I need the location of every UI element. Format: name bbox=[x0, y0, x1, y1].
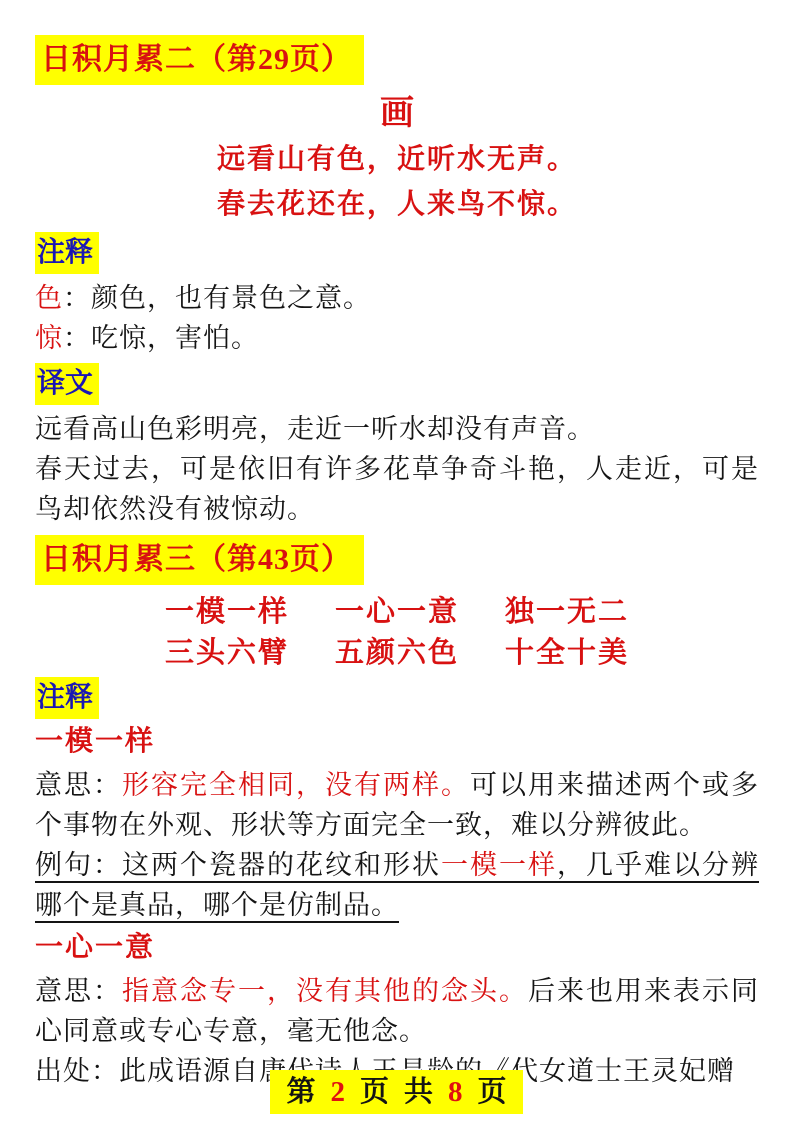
notes-label: 注释 bbox=[35, 677, 99, 719]
example-label: 例句： bbox=[35, 850, 122, 880]
example-paragraph: 例句：这两个瓷器的花纹和形状一模一样，几乎难以分辨哪个是真品，哪个是仿制品。 bbox=[35, 845, 759, 925]
idiom: 五颜六色 bbox=[335, 635, 459, 672]
example-pre: 这两个瓷器的花纹和形状 bbox=[122, 850, 441, 880]
translation-paragraph: 春天过去，可是依旧有许多花草争奇斗艳，人走近，可是鸟却依然没有被惊动。 bbox=[35, 449, 759, 529]
page-indicator-mid: 页 bbox=[360, 1070, 389, 1114]
idiom-row: 三头六臂 五颜六色 十全十美 bbox=[35, 635, 759, 672]
meaning-label: 意思： bbox=[35, 770, 122, 800]
note-text: ：颜色，也有景色之意。 bbox=[63, 283, 371, 313]
page-indicator-mid: 共 bbox=[404, 1070, 433, 1114]
note-term: 色 bbox=[35, 283, 63, 313]
document-page: 日积月累二（第29页） 画 远看山有色，近听水无声。 春去花还在，人来鸟不惊。 … bbox=[0, 0, 793, 1122]
idiom-row: 一模一样 一心一意 独一无二 bbox=[35, 594, 759, 631]
meaning-paragraph: 意思：形容完全相同，没有两样。可以用来描述两个或多个事物在外观、形状等方面完全一… bbox=[35, 765, 759, 845]
meaning-label: 意思： bbox=[35, 976, 122, 1006]
idiom: 十全十美 bbox=[505, 635, 629, 672]
idiom-entry-title: 一心一意 bbox=[35, 929, 759, 967]
note-text: ：吃惊，害怕。 bbox=[63, 323, 259, 353]
total-page-number: 8 bbox=[448, 1070, 463, 1114]
page-indicator-prefix: 第 bbox=[286, 1070, 315, 1114]
note-line: 色：颜色，也有景色之意。 bbox=[35, 278, 759, 318]
translation-line: 远看高山色彩明亮，走近一听水却没有声音。 bbox=[35, 409, 759, 449]
notes-label: 注释 bbox=[35, 232, 99, 274]
idiom: 三头六臂 bbox=[165, 635, 289, 672]
poem-line: 远看山有色，近听水无声。 bbox=[35, 137, 759, 182]
page-indicator-suffix: 页 bbox=[478, 1070, 507, 1114]
current-page-number: 2 bbox=[330, 1070, 345, 1114]
idiom-entry-title: 一模一样 bbox=[35, 723, 759, 761]
note-line: 惊：吃惊，害怕。 bbox=[35, 318, 759, 358]
meaning-paragraph: 意思：指意念专一，没有其他的念头。后来也用来表示同心同意或专心专意，毫无他念。 bbox=[35, 971, 759, 1051]
meaning-highlight: 指意念专一，没有其他的念头。 bbox=[122, 976, 528, 1006]
translation-label: 译文 bbox=[35, 363, 99, 405]
poem-line: 春去花还在，人来鸟不惊。 bbox=[35, 182, 759, 227]
idiom: 一心一意 bbox=[335, 594, 459, 631]
example-idiom: 一模一样 bbox=[441, 850, 557, 880]
note-term: 惊 bbox=[35, 323, 63, 353]
page-indicator: 第2页共8页 bbox=[270, 1070, 522, 1114]
idiom: 一模一样 bbox=[165, 594, 289, 631]
section2-header: 日积月累三（第43页） bbox=[35, 535, 364, 585]
poem-title: 画 bbox=[35, 91, 759, 137]
meaning-highlight: 形容完全相同，没有两样。 bbox=[122, 770, 470, 800]
idiom: 独一无二 bbox=[505, 594, 629, 631]
section1-header: 日积月累二（第29页） bbox=[35, 35, 364, 85]
